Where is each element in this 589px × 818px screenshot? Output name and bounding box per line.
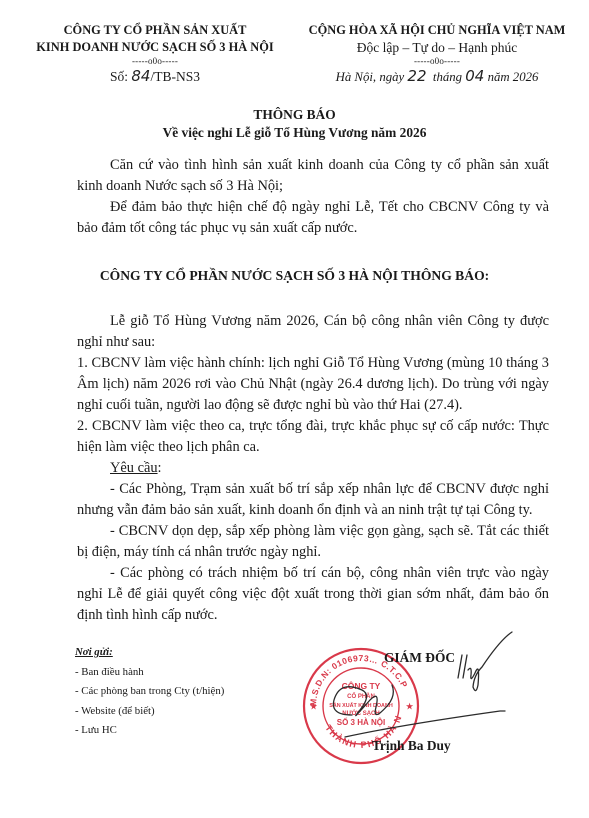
- date-month-label: tháng: [433, 70, 462, 84]
- recipient-item: - Ban điều hành: [75, 663, 275, 683]
- document-title-block: THÔNG BÁO Về việc nghỉ Lễ giỗ Tổ Hùng Vư…: [0, 106, 589, 142]
- announcement-heading: CÔNG TY CỔ PHẦN NƯỚC SẠCH SỐ 3 HÀ NỘI TH…: [0, 268, 589, 284]
- document-subject: Về việc nghỉ Lễ giỗ Tổ Hùng Vương năm 20…: [0, 124, 589, 142]
- document-title: THÔNG BÁO: [0, 106, 589, 124]
- recipients-title: Nơi gửi:: [75, 643, 275, 663]
- announcement-body: Lễ giỗ Tổ Hùng Vương năm 2026, Cán bộ cô…: [77, 311, 549, 626]
- company-header: CÔNG TY CỔ PHẦN SẢN XUẤT KINH DOANH NƯỚC…: [20, 22, 290, 86]
- date-year: năm 2026: [488, 70, 539, 84]
- document-date: Hà Nội, ngày 22 tháng 04 năm 2026: [292, 67, 582, 86]
- recipient-item: - Các phòng ban trong Cty (t/hiện): [75, 682, 275, 702]
- doc-number-handwritten: 84: [131, 67, 150, 85]
- recipient-item: - Website (để biết): [75, 702, 275, 722]
- date-day: 22: [407, 67, 426, 85]
- company-name-line2: KINH DOANH NƯỚC SẠCH SỐ 3 HÀ NỘI: [20, 39, 290, 56]
- nation-name: CỘNG HÒA XÃ HỘI CHỦ NGHĨA VIỆT NAM: [292, 22, 582, 39]
- nation-header: CỘNG HÒA XÃ HỘI CHỦ NGHĨA VIỆT NAM Độc l…: [292, 22, 582, 86]
- nation-decor: -----o0o-----: [292, 56, 582, 67]
- nation-motto: Độc lập – Tự do – Hạnh phúc: [292, 39, 582, 56]
- preamble: Căn cứ vào tình hình sản xuất kinh doanh…: [77, 155, 549, 239]
- date-month: 04: [465, 67, 484, 85]
- company-decor: -----o0o-----: [20, 56, 290, 67]
- requirements-heading: Yêu cầu:: [77, 458, 549, 479]
- preamble-purpose: Để đảm bảo thực hiện chế độ ngày nghỉ Lễ…: [77, 197, 549, 239]
- requirement-2: - CBCNV dọn dẹp, sắp xếp phòng làm việc …: [77, 521, 549, 563]
- document-page: CÔNG TY CỔ PHẦN SẢN XUẤT KINH DOANH NƯỚC…: [0, 0, 589, 818]
- body-item-1: 1. CBCNV làm việc hành chính: lịch nghỉ …: [77, 353, 549, 416]
- document-number: Số: 84/TB-NS3: [20, 67, 290, 86]
- signer-name: Trịnh Ba Duy: [372, 738, 451, 754]
- recipient-item: - Lưu HC: [75, 721, 275, 741]
- body-intro: Lễ giỗ Tổ Hùng Vương năm 2026, Cán bộ cô…: [77, 311, 549, 353]
- preamble-basis: Căn cứ vào tình hình sản xuất kinh doanh…: [77, 155, 549, 197]
- signature-icon: [300, 615, 540, 745]
- requirements-label: Yêu cầu: [110, 460, 158, 476]
- date-prefix: Hà Nội, ngày: [336, 70, 405, 84]
- body-item-2: 2. CBCNV làm việc theo ca, trực tổng đài…: [77, 416, 549, 458]
- requirements-colon: :: [158, 460, 162, 476]
- doc-number-prefix: Số:: [110, 69, 128, 84]
- recipients-block: Nơi gửi: - Ban điều hành - Các phòng ban…: [75, 643, 275, 741]
- doc-number-suffix: /TB-NS3: [150, 69, 200, 84]
- requirement-1: - Các Phòng, Trạm sản xuất bố trí sắp xế…: [77, 479, 549, 521]
- company-name-line1: CÔNG TY CỔ PHẦN SẢN XUẤT: [20, 22, 290, 39]
